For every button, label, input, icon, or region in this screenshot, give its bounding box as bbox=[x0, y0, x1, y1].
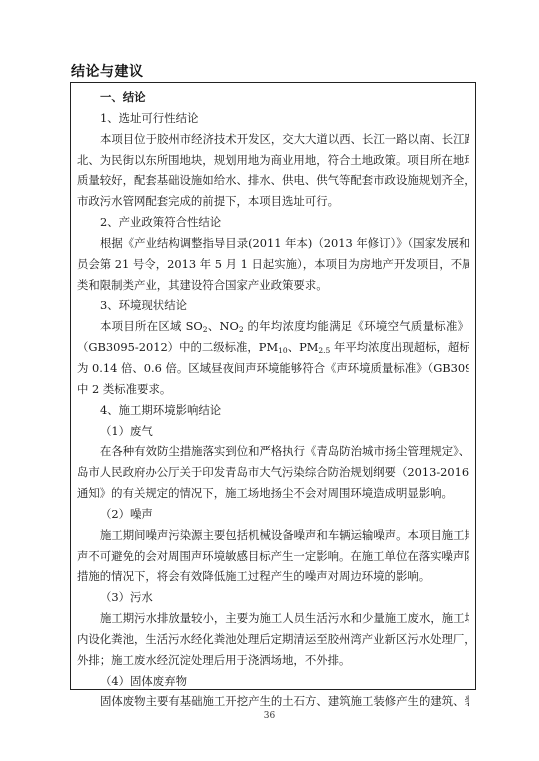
paragraph-line: 员会第 21 号令，2013 年 5 月 1 日起实施），本项目为房地产开发项目… bbox=[77, 254, 469, 275]
paragraph-line: 根据《产业结构调整指导目录(2011 年本)（2013 年修订）》（国家发展和改… bbox=[77, 233, 469, 254]
paragraph-line: 在各种有效防尘措施落实到位和严格执行《青岛防治城市扬尘管理规定》、《青 bbox=[77, 441, 469, 462]
paragraph-line: 本项目位于胶州市经济技术开发区，交大大道以西、长江一路以南、长江路以 bbox=[77, 129, 469, 150]
paragraph-line: 中 2 类标准要求。 bbox=[77, 379, 469, 400]
item-title-wastewater: （3）污水 bbox=[77, 587, 469, 608]
paragraph-line: 通知》的有关规定的情况下，施工场地扬尘不会对周围环境造成明显影响。 bbox=[77, 483, 469, 504]
paragraph-line: 外排；施工废水经沉淀处理后用于浇洒场地，不外排。 bbox=[77, 650, 469, 671]
text-run: 本项目所在区域 SO bbox=[100, 319, 203, 333]
paragraph-line: （GB3095-2012）中的二级标准，PM10、PM2.5 年平均浓度出现超标… bbox=[77, 337, 469, 358]
paragraph-line: 北、为民街以东所围地块，规划用地为商业用地，符合土地政策。项目所在地环境 bbox=[77, 150, 469, 171]
conclusion-box: 一、结论 1、选址可行性结论 本项目位于胶州市经济技术开发区，交大大道以西、长江… bbox=[70, 82, 476, 690]
item-title-noise: （2）噪声 bbox=[77, 504, 469, 525]
paragraph-line: 内设化粪池，生活污水经化粪池处理后定期清运至胶州湾产业新区污水处理厂，不 bbox=[77, 629, 469, 650]
subsection-title-environment: 3、环境现状结论 bbox=[77, 295, 469, 316]
text-run: （GB3095-2012）中的二级标准，PM bbox=[77, 340, 278, 354]
item-title-solid-waste: （4）固体废弃物 bbox=[77, 671, 469, 692]
paragraph-line: 市政污水管网配套完成的前提下，本项目选址可行。 bbox=[77, 191, 469, 212]
section-title: 一、结论 bbox=[77, 87, 469, 108]
paragraph-line: 类和限制类产业，其建设符合国家产业政策要求。 bbox=[77, 275, 469, 296]
paragraph-line: 施工期污水排放量较小，主要为施工人员生活污水和少量施工废水，施工场地 bbox=[77, 608, 469, 629]
page-number: 36 bbox=[0, 711, 539, 721]
paragraph-line: 施工期间噪声污染源主要包括机械设备噪声和车辆运输噪声。本项目施工期噪 bbox=[77, 525, 469, 546]
text-run: 、PM bbox=[288, 340, 319, 354]
subscript: 10 bbox=[278, 346, 288, 355]
paragraph-line: 固体废物主要有基础施工开挖产生的土石方、建筑施工装修产生的建筑、装修 bbox=[77, 691, 469, 712]
subsection-title-construction: 4、施工期环境影响结论 bbox=[77, 400, 469, 421]
paragraph-line: 声不可避免的会对周围声环境敏感目标产生一定影响。在施工单位在落实噪声防护 bbox=[77, 546, 469, 567]
paragraph-line: 为 0.14 倍、0.6 倍。区域昼夜间声环境能够符合《声环境质量标准》（GB3… bbox=[77, 358, 469, 379]
paragraph-line: 岛市人民政府办公厅关于印发青岛市大气污染综合防治规划纲要（2013-2016 年… bbox=[77, 462, 469, 483]
page-heading: 结论与建议 bbox=[71, 63, 144, 81]
subsection-title-policy: 2、产业政策符合性结论 bbox=[77, 212, 469, 233]
paragraph-line: 本项目所在区域 SO2、NO2 的年均浓度均能满足《环境空气质量标准》 bbox=[77, 316, 469, 337]
subscript: 2.5 bbox=[318, 346, 330, 355]
item-title-exhaust: （1）废气 bbox=[77, 421, 469, 442]
paragraph-line: 质量较好，配套基础设施如给水、排水、供电、供气等配套市政设施规划齐全，在 bbox=[77, 170, 469, 191]
text-run: 的年均浓度均能满足《环境空气质量标准》 bbox=[244, 319, 469, 333]
paragraph-line: 措施的情况下，将会有效降低施工过程产生的噪声对周边环境的影响。 bbox=[77, 566, 469, 587]
text-run: 年平均浓度出现超标，超标倍数分别 bbox=[330, 340, 469, 354]
subsection-title-site: 1、选址可行性结论 bbox=[77, 108, 469, 129]
text-run: 、NO bbox=[208, 319, 239, 333]
